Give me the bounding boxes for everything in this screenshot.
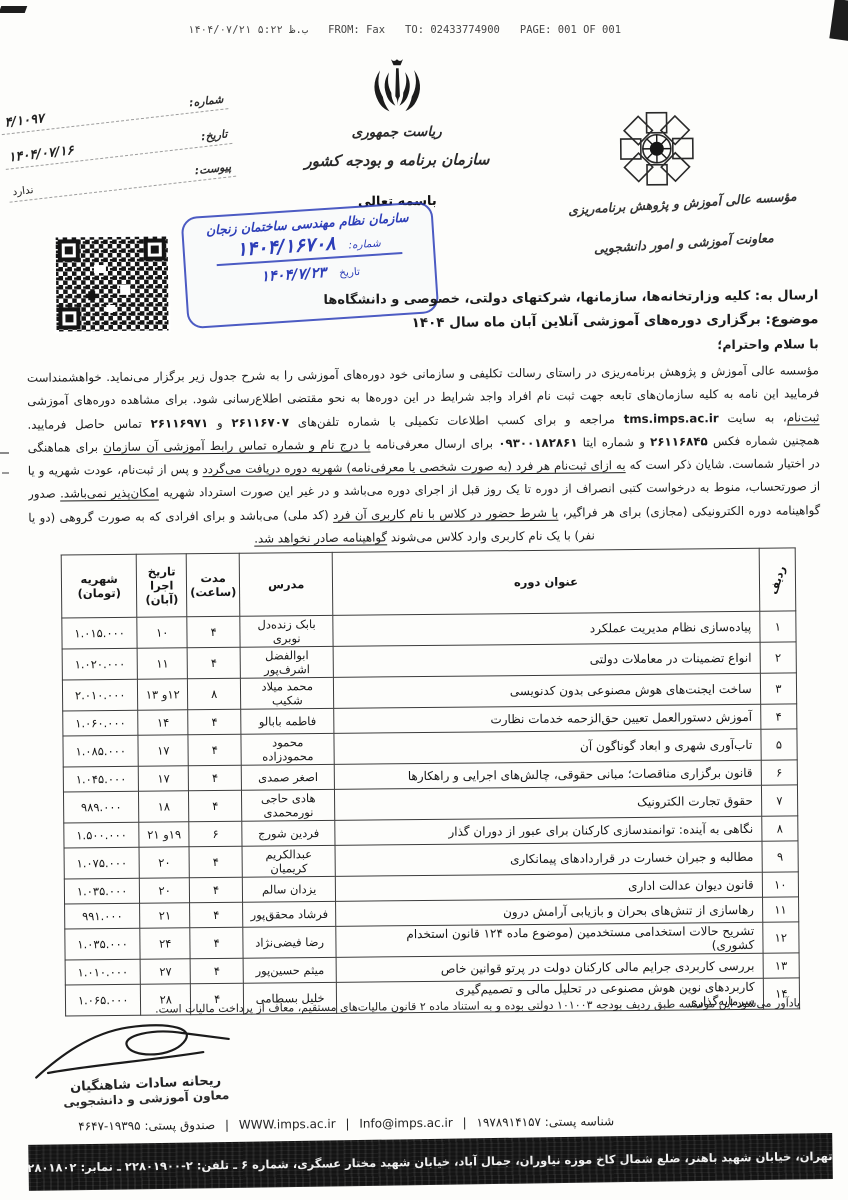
cell-date: ۲۰	[140, 878, 190, 903]
letter-body-segment: نفر) با یک نام کاربری وارد کلاس می‌شوند	[387, 528, 595, 544]
cell-instructor: فاطمه بابالو	[241, 708, 334, 734]
cell-row-number: ۱۰	[762, 872, 798, 897]
header-hours: مدت (ساعت)	[186, 553, 240, 617]
letter-body-segment: مراجعه و برای کسب اطلاعات تکمیلی با شمار…	[289, 412, 624, 429]
cell-fee: ۱.۰۳۵.۰۰۰	[64, 878, 140, 904]
footer-contact: شناسه پستی: ۱۹۷۸۹۱۴۱۵۷ | WWW.imps.ac.ir …	[26, 1114, 666, 1134]
reference-fields: شماره: ۴/۱۰۹۷ تاریخ: ۱۴۰۴/۰۷/۱۶ پیوست: ن…	[0, 90, 238, 218]
cell-row-number: ۱۲	[763, 922, 800, 953]
cell-fee: ۲.۰۱۰.۰۰۰	[62, 679, 138, 711]
letter-body-segment: ثبت‌نام	[787, 410, 820, 424]
cell-row-number: ۹	[762, 841, 799, 872]
cell-fee: ۱.۰۱۵.۰۰۰	[62, 617, 138, 649]
letter-body-segment: و	[208, 415, 231, 429]
letter-body-segment: برای هماهنگی	[28, 440, 104, 455]
header-row: ردیف عنوان دوره مدرس مدت (ساعت) تاریخ اج…	[61, 548, 796, 618]
cell-date: ۱۸	[139, 791, 189, 822]
cell-fee: ۹۸۹.۰۰۰	[63, 791, 139, 823]
cell-course-title: انواع تضمینات در معاملات دولتی	[333, 642, 760, 677]
cell-row-number: ۲	[760, 642, 797, 673]
cell-date: ۲۱	[140, 903, 190, 928]
field-date-value: ۱۴۰۴/۰۷/۱۶	[8, 143, 75, 165]
cell-fee: ۱.۰۳۵.۰۰۰	[65, 928, 141, 960]
cell-instructor: بابک زنده‌دل نوبری	[240, 615, 333, 647]
cell-instructor: رضا فیضی‌نژاد	[243, 926, 336, 958]
cell-row-number: ۸	[762, 816, 798, 841]
cell-date: ۱۱	[138, 648, 188, 679]
letter-body-segment: در اختیار شماست. شایان ذکر است که	[626, 456, 820, 472]
field-attachment: پیوست: ندارد	[8, 160, 236, 203]
letter-body-segment: امکان‌پذیر نمی‌باشد.	[60, 486, 159, 501]
letter-body-segment: همچنین شماره فکس	[708, 433, 820, 448]
website-text: WWW.imps.ac.ir	[239, 1117, 336, 1132]
letterhead-presidency: ریاست جمهوری	[297, 123, 497, 141]
cell-hours: ۴	[189, 846, 242, 878]
cell-course-title: پیاده‌سازی نظام مدیریت عملکرد	[333, 611, 760, 646]
field-attachment-label: پیوست:	[194, 160, 232, 177]
letter-body-segment: ، به سایت	[719, 410, 787, 425]
po-box-value: ۱۹۳۹۵-۴۶۴۷	[78, 1119, 140, 1134]
cell-fee: ۱.۰۸۵.۰۰۰	[63, 735, 139, 767]
letter-body-segment: و شماره ایتا	[577, 435, 650, 450]
cell-fee: ۱.۰۶۰.۰۰۰	[63, 710, 139, 736]
footer-separator: |	[463, 1116, 467, 1130]
address-banner: تهران، خیابان شهید باهنر، ضلع شمال کاخ م…	[28, 1133, 833, 1191]
cell-row-number: ۱۳	[763, 953, 799, 978]
cell-instructor: میثم حسین‌پور	[243, 957, 336, 983]
cell-hours: ۴	[190, 902, 243, 928]
footer-separator: |	[225, 1118, 229, 1132]
postal-id-label: شناسه پستی:	[545, 1114, 614, 1129]
letter-body-segment: ۲۶۱۱۶۷۰۷	[231, 415, 289, 430]
courses-table-body: ۱ پیاده‌سازی نظام مدیریت عملکرد بابک زند…	[62, 611, 800, 1016]
cell-hours: ۴	[188, 734, 241, 766]
header-instructor: مدرس	[239, 552, 332, 616]
cell-hours: ۴	[188, 765, 241, 791]
cell-row-number: ۷	[761, 785, 798, 816]
cell-instructor: فرشاد محقق‌پور	[243, 901, 336, 927]
cell-fee: ۱.۰۴۵.۰۰۰	[63, 766, 139, 792]
cell-date: ۱۲و ۱۳	[138, 679, 188, 710]
cell-hours: ۴	[190, 958, 243, 984]
header-row-number: ردیف	[759, 548, 796, 611]
cell-instructor: هادی حاجی نورمحمدی	[242, 789, 335, 821]
cell-fee: ۹۹۱.۰۰۰	[65, 903, 141, 929]
cell-row-number: ۱۱	[762, 897, 798, 922]
letterhead-organization: سازمان برنامه و بودجه کشور	[277, 150, 517, 170]
cell-date: ۱۴	[138, 710, 188, 735]
courses-table-header: ردیف عنوان دوره مدرس مدت (ساعت) تاریخ اج…	[61, 548, 796, 618]
cell-instructor: اصغر صمدی	[242, 764, 335, 790]
cell-hours: ۶	[189, 821, 242, 847]
letter-body-segment: از صورتحساب، منوط به درخواست کتبی انصراف…	[159, 480, 820, 500]
po-box-label: صندوق پستی:	[144, 1118, 215, 1133]
stamp-date-label: تاریخ	[339, 266, 361, 279]
letter-body-segment: ۲۶۱۱۶۹۷۱	[151, 416, 209, 431]
cell-row-number: ۱	[760, 611, 797, 642]
scanned-letter-page: ب.ظ ۵:۲۲ ۱۴۰۴/۰۷/۲۱ FROM: Fax TO: 024337…	[0, 0, 848, 1200]
letter-body: مؤسسه عالی آموزش و پژوهش برنامه‌ریزی در …	[27, 359, 821, 553]
cell-instructor: یزدان سالم	[243, 876, 336, 902]
cell-date: ۲۴	[140, 928, 190, 959]
cell-instructor: فردین شورج	[242, 820, 335, 846]
cell-course-title: حقوق تجارت الکترونیک	[335, 785, 762, 820]
page-content: ریاست جمهوری سازمان برنامه و بودجه کشور …	[0, 0, 848, 1200]
footer-separator: |	[345, 1117, 349, 1131]
cell-date: ۱۷	[138, 735, 188, 766]
cell-date: ۲۰	[139, 847, 189, 878]
signature-block: ریحانه سادات شاهنگیان معاون آموزشی و دان…	[28, 1010, 262, 1111]
cell-row-number: ۴	[760, 704, 796, 729]
cell-fee: ۱.۰۷۵.۰۰۰	[64, 847, 140, 879]
letter-body-segment: به ازای ثبت‌نام هر فرد (به صورت شخصی یا …	[202, 458, 625, 476]
field-date-label: تاریخ:	[200, 127, 228, 143]
cell-hours: ۴	[189, 877, 242, 903]
cell-fee: ۱.۵۰۰.۰۰۰	[64, 822, 140, 848]
header-date: تاریخ اجرا (آبان)	[137, 554, 187, 617]
letter-body-segment: گواهینامه دوره الکترونیکی (مجازی) برای ه…	[558, 503, 820, 520]
cell-instructor: عبدالکریم کریمیان	[242, 845, 335, 877]
header-fee: شهریه (تومان)	[61, 554, 137, 618]
stamp-number-label: شماره:	[348, 237, 381, 251]
cell-hours: ۴	[189, 790, 242, 822]
cell-row-number: ۳	[760, 673, 797, 704]
field-attachment-value: ندارد	[12, 184, 34, 198]
cell-date: ۲۷	[141, 959, 191, 984]
cell-fee: ۱.۰۱۰.۰۰۰	[65, 959, 141, 985]
field-number-value: ۴/۱۰۹۷	[4, 111, 45, 130]
letter-text: ارسال به: کلیه وزارتخانه‌ها، سازمانها، ش…	[26, 288, 820, 553]
institute-rosette-icon	[618, 107, 695, 194]
letter-body-segment: صدور	[28, 487, 60, 501]
cell-course-title: تاب‌آوری شهری و ابعاد گوناگون آن	[334, 729, 761, 764]
cell-date: ۱۹و ۲۱	[139, 822, 189, 847]
header-row-number-label: ردیف	[767, 564, 788, 596]
cell-date: ۱۷	[139, 766, 189, 791]
cell-hours: ۸	[188, 678, 241, 710]
letter-body-segment: با درج نام و شماره تماس رابط آموزشی آن س…	[103, 437, 370, 454]
letterhead-deputy-name: معاونت آموزشی و امور دانشجویی	[573, 229, 794, 258]
courses-table: ردیف عنوان دوره مدرس مدت (ساعت) تاریخ اج…	[61, 547, 800, 1016]
cell-hours: ۴	[190, 927, 243, 959]
letter-body-segment: ۲۶۱۱۶۸۴۵	[650, 434, 708, 449]
cell-row-number: ۶	[761, 760, 797, 785]
cell-date: ۱۰	[137, 617, 187, 648]
cell-course-title: ساخت ایجنت‌های هوش مصنوعی بدون کدنویسی	[334, 673, 761, 708]
letter-body-segment: برای ارسال معرفی‌نامه	[370, 436, 498, 451]
cell-hours: ۴	[187, 647, 240, 679]
cell-instructor: محمد میلاد شکیب	[241, 677, 334, 709]
letter-body-segment: گواهینامه صادر نخواهد شد.	[254, 530, 387, 545]
cell-row-number: ۵	[761, 729, 798, 760]
cell-hours: ۴	[187, 616, 240, 648]
cell-hours: ۴	[188, 709, 241, 735]
cell-instructor: ابوالفضل اشرف‌پور	[240, 646, 333, 678]
header-course-title: عنوان دوره	[332, 548, 759, 615]
letter-body-segment: با شرط حضور در کلاس با نام کاربری آن فرد	[333, 505, 558, 521]
field-number-label: شماره:	[188, 93, 224, 110]
cell-instructor: محمود محمودزاده	[241, 733, 334, 765]
cell-course-title: تشریح حالات استخدامی مستخدمین (موضوع ماد…	[336, 922, 763, 957]
cell-fee: ۱.۰۲۰.۰۰۰	[62, 648, 138, 680]
letter-body-segment: ۰۹۳۰۰۱۸۲۸۶۱	[498, 435, 577, 450]
postal-id-value: ۱۹۷۸۹۱۴۱۵۷	[476, 1115, 541, 1130]
iran-emblem-icon	[368, 57, 427, 126]
letter-body-segment: tms.imps.ac.ir	[624, 411, 719, 426]
email-text: Info@imps.ac.ir	[359, 1116, 453, 1131]
stamp-date-value: ۱۴۰۴/۷/۲۳	[261, 265, 327, 285]
letter-body-segment: تماس حاصل فرمایید.	[27, 416, 150, 431]
cell-course-title: مطالبه و جبران خسارت در قراردادهای پیمان…	[335, 841, 762, 876]
